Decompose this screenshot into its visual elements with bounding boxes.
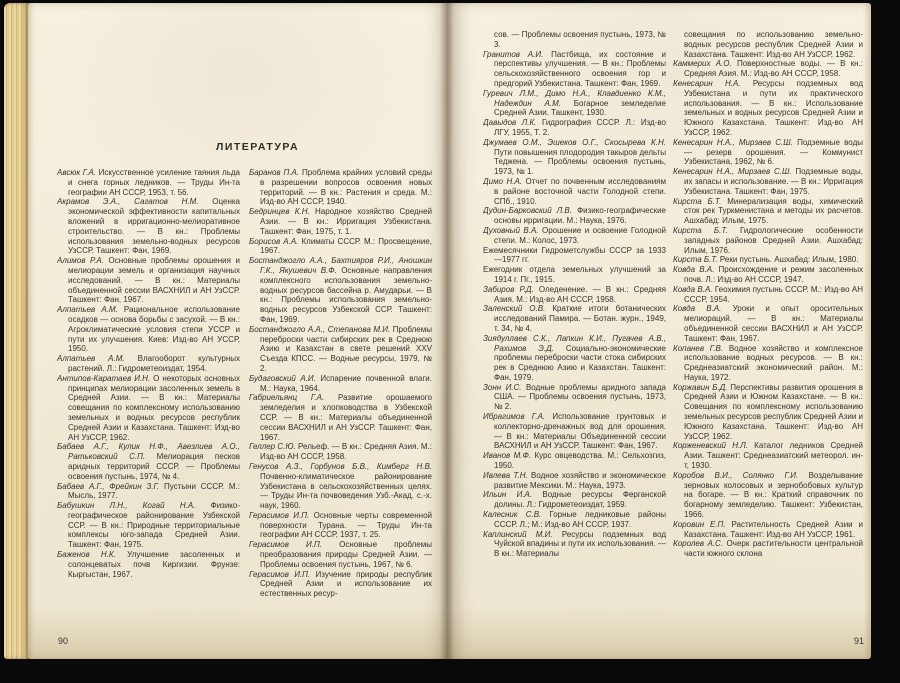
bib-entry: Иванов М.Ф. Курс овцеводства. М.: Сельхо… xyxy=(483,451,666,471)
bib-entry-continuation: совещания по использованию земельно-водн… xyxy=(673,30,863,59)
bib-entry: Борисов А.А. Климаты СССР. М.: Просвещен… xyxy=(249,237,432,257)
bib-author: Баранов П.А. xyxy=(249,168,302,177)
bib-author: Алимов Р.А. xyxy=(57,256,109,265)
bib-author: Ковда В.А. xyxy=(673,304,733,313)
left-page-column-2: Баранов П.А. Проблема крайних условий ср… xyxy=(249,168,432,620)
bib-author: Герасимов И.П. xyxy=(249,511,314,520)
bib-entry: Бабаев А.Г., Фрейкин З.Г. Пустыни СССР. … xyxy=(57,482,240,502)
bib-entry: Коробов В.И., Солянко Г.И. Возделывание … xyxy=(673,471,863,520)
bib-entry: Кенесарин Н.А. Ресурсы подземных вод Узб… xyxy=(673,79,863,138)
left-page-column-1: Авсюк Г.А. Искусственное усиление таяния… xyxy=(57,168,240,620)
bib-author: Борисов А.А. xyxy=(249,237,301,246)
bib-author: Кирста Б.Т. xyxy=(673,226,740,235)
bib-author: Заленский О.В. xyxy=(483,304,552,313)
bib-author: Кенесарин Н.А., Мирзаев С.Ш. xyxy=(673,167,795,176)
bib-author: Коробов В.И., Солянко Г.И. xyxy=(673,471,809,480)
bib-author: Ковда В.А. xyxy=(673,265,719,274)
bib-author: Бостанджогло А.А., Степанова М.И. xyxy=(249,325,393,334)
bib-author: Духовный В.А. xyxy=(483,226,542,235)
bib-author: Ивлева Т.Н. xyxy=(483,471,531,480)
bib-author: Герасимов И.П. xyxy=(249,570,316,579)
bib-author: Бабаев А.Г., Фрейкин З.Г. xyxy=(57,482,164,491)
bib-author: Джумаев О.М., Эшеков О.Г., Скосырева К.Н… xyxy=(483,138,666,147)
bib-entry: Джумаев О.М., Эшеков О.Г., Скосырева К.Н… xyxy=(483,138,666,177)
bib-entry: Бостанджогло А.А., Степанова М.И. Пробле… xyxy=(249,325,432,374)
bib-author: Будаговский А.И. xyxy=(249,374,320,383)
bib-author: Геллер С.Ю. xyxy=(249,442,298,451)
bib-entry: Кирста Б.Т. Минерализация воды, химическ… xyxy=(673,197,863,226)
bib-entry: Алпатьев А.М. Влагооборот культурных рас… xyxy=(57,354,240,374)
bib-author: Кирста Б.Т. xyxy=(673,197,727,206)
bib-author: Алпатьев А.М. xyxy=(57,354,138,363)
bib-entry: Ибрагимов Г.А. Использование грунтовых и… xyxy=(483,412,666,451)
bib-author: Калесник С.В. xyxy=(483,510,549,519)
page-number-right: 91 xyxy=(820,636,864,646)
bib-entry: Копанев Г.В. Водное хозяйство и комплекс… xyxy=(673,344,863,383)
bib-entry: Духовный В.А. Орошение и освоение Голодн… xyxy=(483,226,666,246)
bib-entry: Ежемесячники Гидрометслужбы СССР за 1933… xyxy=(483,246,666,266)
bib-entry: Ивлева Т.Н. Водное хозяйство и экономиче… xyxy=(483,471,666,491)
book-page-edges xyxy=(4,3,28,659)
bib-author: Каплинский М.И. xyxy=(483,530,562,539)
bib-author: Дудин-Барковский Л.В. xyxy=(483,206,577,215)
bib-entry: Генусов А.З., Горбунов Б.В., Кимберг Н.В… xyxy=(249,462,432,511)
bib-entry: Акрамов Э.А., Сагатов Н.М. Оценка эконом… xyxy=(57,197,240,256)
bib-entry: Бостанджогло А.А., Бахтияров Р.И., Аношк… xyxy=(249,256,432,325)
bib-author: Королев А.С. xyxy=(673,539,727,548)
bib-entry: Бабаев А.Г., Кулик Н.Ф., Авезлиев А.О., … xyxy=(57,442,240,481)
bib-entry: Гуревич Л.М., Димо Н.А., Клавдиенко К.М.… xyxy=(483,89,666,118)
bib-author: Бедринцев К.Н. xyxy=(249,207,315,216)
section-heading: ЛИТЕРАТУРА xyxy=(85,141,430,153)
bib-author: Коровин Е.П. xyxy=(673,520,731,529)
bib-author: Коржавин Б.Д. xyxy=(673,383,730,392)
bib-entry: Каплинский М.И. Ресурсы подземных вод Чу… xyxy=(483,530,666,559)
bib-entry: Дудин-Барковский Л.В. Физико-географичес… xyxy=(483,206,666,226)
bib-entry: Каммерих А.О. Поверхностные воды. — В кн… xyxy=(673,59,863,79)
bib-author: Каммерих А.О. xyxy=(673,59,737,68)
bib-author: Авсюк Г.А. xyxy=(57,168,99,177)
bib-entry: Бабушкин Л.Н., Когай Н.А. Физико-географ… xyxy=(57,501,240,550)
bib-author: Гранитов А.И. xyxy=(483,50,551,59)
bib-author: Зонн И.С. xyxy=(483,383,526,392)
bib-author: Гуревич Л.М., Димо Н.А., Клавдиенко К.М.… xyxy=(483,89,666,108)
right-page-column-2: совещания по использованию земельно-водн… xyxy=(673,30,863,610)
bib-author: Корженевский Н.Л. xyxy=(673,441,754,450)
bib-entry: Ильин И.А. Водные ресурсы Ферганской дол… xyxy=(483,490,666,510)
bib-entry: Герасимов И.П. Основные черты современно… xyxy=(249,511,432,540)
bib-entry: Баженов Н.К. Улучшение засоленных и соло… xyxy=(57,550,240,579)
bib-entry: Корженевский Н.Л. Каталог ледников Средн… xyxy=(673,441,863,470)
bib-entry: Калесник С.В. Горные ледниковые районы С… xyxy=(483,510,666,530)
page-number-left: 90 xyxy=(58,636,68,646)
bib-entry: Ковда В.А. Уроки и опыт оросительных мел… xyxy=(673,304,863,343)
bib-author: Алпатьев А.М. xyxy=(57,305,124,314)
bib-entry: Коржавин Б.Д. Перспективы развития ороше… xyxy=(673,383,863,442)
bib-entry: Геллер С.Ю. Рельеф. — В кн.: Средняя Ази… xyxy=(249,442,432,462)
bib-entry: Баранов П.А. Проблема крайних условий ср… xyxy=(249,168,432,207)
bib-entry: Коровин Е.П. Растительность Средней Азии… xyxy=(673,520,863,540)
bib-author: Ковда В.А. xyxy=(673,285,715,294)
bib-author: Генусов А.З., Горбунов Б.В., Кимберг Н.В… xyxy=(249,462,432,471)
bib-author: Давыдов Л.К. xyxy=(483,118,542,127)
bib-entry: Зиядуллаев С.К., Лапкин К.И., Пугачев А.… xyxy=(483,334,666,383)
bib-entry: Будаговский А.И. Испарение почвенной вла… xyxy=(249,374,432,394)
bib-entry: Бедринцев К.Н. Народное хозяйство Средне… xyxy=(249,207,432,236)
bib-entry: Кенесарин Н.А., Мирзаев С.Ш. Подземные в… xyxy=(673,167,863,196)
bib-entry: Кирста Б.Т. Гидрологические особенности … xyxy=(673,226,863,255)
bib-author: Баженов Н.К. xyxy=(57,550,127,559)
bib-author: Габриельянц Г.А. xyxy=(249,393,338,402)
bib-author: Иванов М.Ф. xyxy=(483,451,534,460)
bib-entry: Давыдов Л.К. Гидрография СССР. Л.: Изд-в… xyxy=(483,118,666,138)
bib-entry: Ковда В.А. Происхождение и режим засолен… xyxy=(673,265,863,285)
bib-author: Забиров Р.Д. xyxy=(483,285,539,294)
bib-entry: Авсюк Г.А. Искусственное усиление таяния… xyxy=(57,168,240,197)
bib-entry: Димо Н.А. Отчет по почвенным исследовани… xyxy=(483,177,666,206)
bib-entry: Забиров Р.Д. Оледенение. — В кн.: Средня… xyxy=(483,285,666,305)
bib-entry: Алимов Р.А. Основные проблемы орошения и… xyxy=(57,256,240,305)
bib-entry: Кенесарин Н.А., Мирзаев С.Ш. Подземные в… xyxy=(673,138,863,167)
bib-entry: Кирста Б.Т. Реки пустынь. Ашхабад: Илым,… xyxy=(673,255,863,265)
bib-entry: Заленский О.В. Краткие итоги ботанически… xyxy=(483,304,666,333)
bib-entry: Алпатьев А.М. Рациональное использование… xyxy=(57,305,240,354)
bib-entry: Габриельянц Г.А. Развитие орошаемого зем… xyxy=(249,393,432,442)
bib-author: Бабушкин Л.Н., Когай Н.А. xyxy=(57,501,211,510)
bib-author: Ибрагимов Г.А. xyxy=(483,412,552,421)
bib-entry: Зонн И.С. Водные проблемы аридного запад… xyxy=(483,383,666,412)
bib-author: Копанев Г.В. xyxy=(673,344,729,353)
book-gutter xyxy=(440,3,454,659)
bib-author: Бостанджогло А.А., Бахтияров Р.И., Аношк… xyxy=(249,256,432,275)
bib-entry: Гранитов А.И. Пастбища, их состояние и п… xyxy=(483,50,666,89)
bib-author: Бабаев А.Г., Кулик Н.Ф., Авезлиев А.О., … xyxy=(57,442,240,461)
bib-author: Димо Н.А. xyxy=(483,177,526,186)
bib-author: Зиядуллаев С.К., Лапкин К.И., Пугачев А.… xyxy=(483,334,666,353)
book-photo: ЛИТЕРАТУРА Авсюк Г.А. Искусственное усил… xyxy=(0,0,900,683)
bib-entry: Герасимов И.П. Изучение природы республи… xyxy=(249,570,432,599)
bib-author: Герасимов И.П. xyxy=(249,540,339,549)
bib-author: Кирста Б.Т. xyxy=(673,255,720,264)
bib-entry: Герасимов И.П. Основные проблемы преобра… xyxy=(249,540,432,569)
bib-entry-continuation: сов. — Проблемы освоения пустынь, 1973, … xyxy=(483,30,666,50)
bib-author: Кенесарин Н.А., Мирзаев С.Ш. xyxy=(673,138,797,147)
bib-author: Ильин И.А. xyxy=(483,490,542,499)
right-page-column-1: сов. — Проблемы освоения пустынь, 1973, … xyxy=(483,30,666,610)
bib-entry: Ковда В.А. Геохимия пустынь СССР. М.: Из… xyxy=(673,285,863,305)
bib-author: Кенесарин Н.А. xyxy=(673,79,753,88)
bib-entry: Королев А.С. Очерк растительности центра… xyxy=(673,539,863,559)
bib-entry: Ежегодник отдела земельных улучшений за … xyxy=(483,265,666,285)
bib-entry: Антипов-Каратаев И.Н. О некоторых основн… xyxy=(57,374,240,443)
bib-author: Антипов-Каратаев И.Н. xyxy=(57,374,153,383)
bib-author: Акрамов Э.А., Сагатов Н.М. xyxy=(57,197,212,206)
